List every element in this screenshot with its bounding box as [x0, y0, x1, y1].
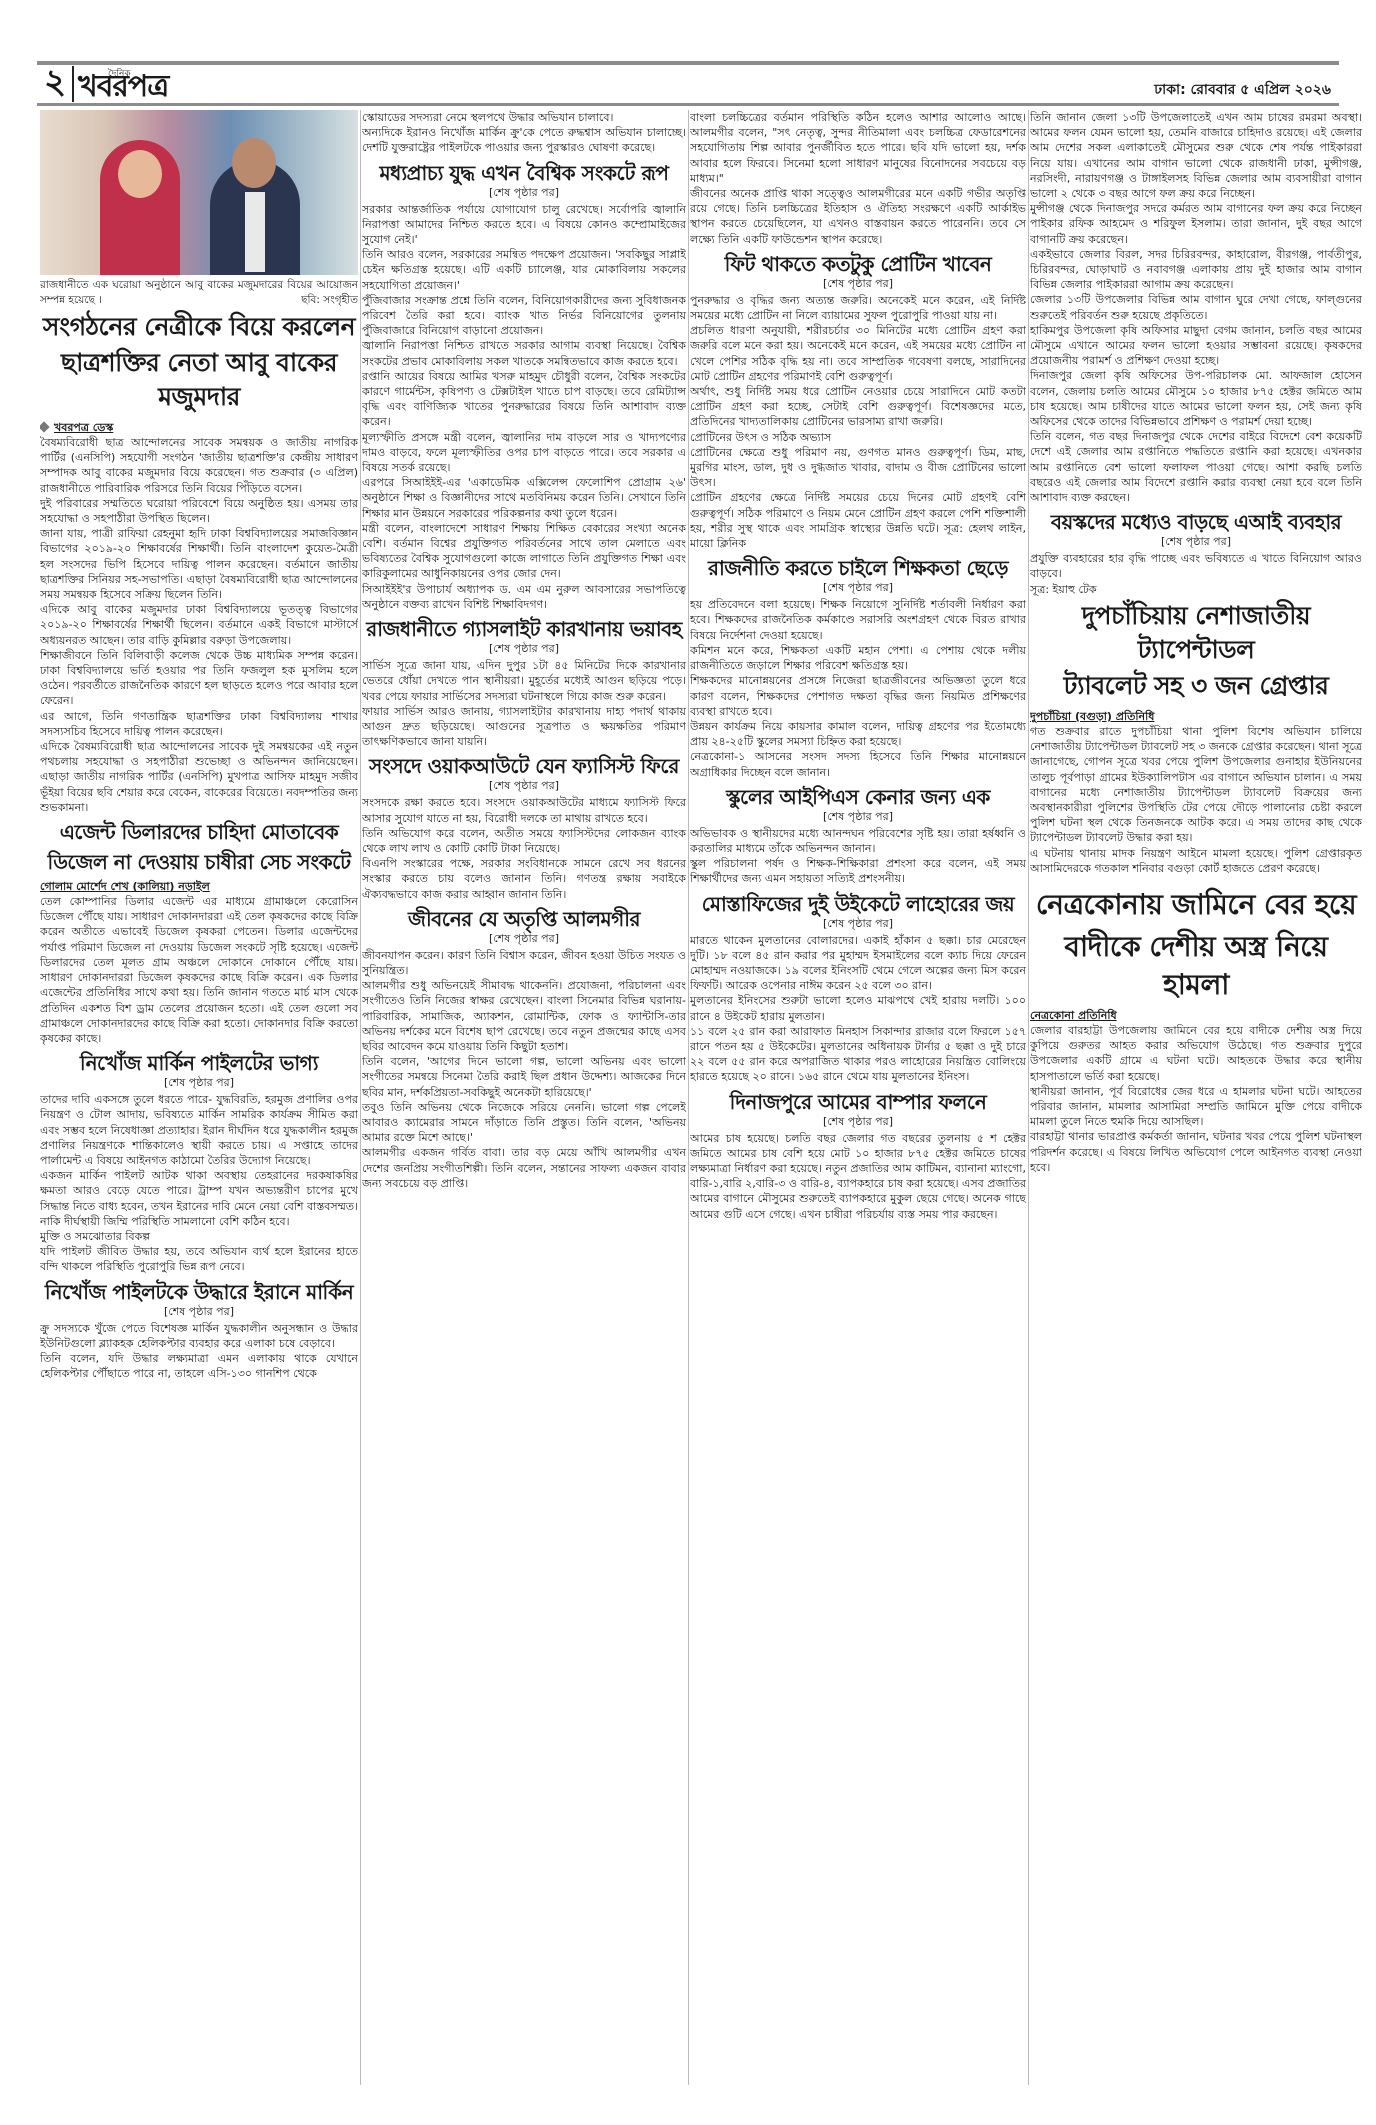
column-2: স্কোয়াডের সদস্যরা নেমে স্থলপথে উদ্ধার অ… [362, 110, 686, 2085]
article-body: তেল কোম্পানির ডিলার এজেন্ট এর মাধ্যমে গ্… [40, 894, 358, 1046]
jump-line: [শেষ পৃষ্ঠার পর] [1030, 535, 1362, 549]
jump-line: [শেষ পৃষ্ঠার পর] [40, 1305, 358, 1319]
article-body: তাদের দাবি একসঙ্গে তুলে ধরতে পারে- যুদ্ধ… [40, 1092, 358, 1274]
article-body: সংসদকে রক্ষা করতে হবে। সংসদে ওয়াকআউটের … [362, 795, 686, 901]
jump-line: [শেষ পৃষ্ঠার পর] [40, 1076, 358, 1090]
headline: সংসদে ওয়াকআউটে যেন ফ্যাসিস্ট ফিরে [362, 753, 686, 779]
column-divider [360, 110, 361, 2085]
article-body: ক্রু সদস্যকে খুঁজে পেতে বিশেষজ্ঞ মার্কিন… [40, 1321, 358, 1382]
jump-line: [শেষ পৃষ্ঠার পর] [690, 581, 1026, 595]
jump-line: [শেষ পৃষ্ঠার পর] [690, 1115, 1026, 1129]
wedding-photo [40, 110, 358, 275]
headline: এজেন্ট ডিলারদের চাহিদা মোতাবেক [40, 819, 358, 845]
photo-credit: ছবি: সংগৃহীত [301, 293, 358, 308]
article-body: মারতে থাকেন মুলতানের বোলারদের। একাই হাঁক… [690, 933, 1026, 1085]
headline: বয়স্কদের মধ্যেও বাড়ছে এআই ব্যবহার [1030, 509, 1362, 535]
article-body: বাংলা চলচ্চিত্রের বর্তমান পরিস্থিতি কঠিন… [690, 110, 1026, 247]
article-body: বৈষম্যবিরোধী ছাত্র আন্দোলনের সাবেক সমন্ব… [40, 435, 358, 815]
article-body: প্রযুক্তি ব্যবহারের হার বৃদ্ধি পাচ্ছে এব… [1030, 551, 1362, 597]
article-body: হয় প্রতিবেদনে বলা হয়েছে। শিক্ষক নিয়োগ… [690, 597, 1026, 779]
jump-line: [শেষ পৃষ্ঠার পর] [690, 810, 1026, 824]
headline: ডিজেল না দেওয়ায় চাষীরা সেচ সংকটে [40, 849, 358, 875]
byline: গোলাম মোর্শেদ শেখ (কালিয়া) নড়াইল [40, 879, 210, 894]
headline: ট্যাবলেট সহ ৩ জন গ্রেপ্তার [1030, 669, 1362, 703]
headline: মধ্যপ্রাচ্য যুদ্ধ এখন বৈশ্বিক সংকটে রূপ [362, 160, 686, 186]
article-body: পুনরুদ্ধার ও বৃদ্ধির জন্য অত্যন্ত জরুরি।… [690, 293, 1026, 551]
diamond-icon [40, 421, 50, 432]
jump-line: [শেষ পৃষ্ঠার পর] [362, 779, 686, 793]
article-body: অভিভাবক ও স্থানীয়দের মধ্যে আনন্দঘন পরিব… [690, 826, 1026, 887]
headline: নিখোঁজ মার্কিন পাইলটের ভাগ্য [40, 1050, 358, 1076]
dateline: ঢাকা: রোববার ৫ এপ্রিল ২০২৬ [1154, 78, 1331, 102]
masthead-bottom-rule [37, 103, 1339, 106]
headline: ফিট থাকতে কতটুকু প্রোটিন খাবেন [690, 251, 1026, 277]
headline: রাজনীতি করতে চাইলে শিক্ষকতা ছেড়ে [690, 555, 1026, 581]
photo-caption: রাজধানীতে এক ঘরোয়া অনুষ্ঠানে আবু বাকের … [40, 278, 358, 308]
column-divider [1028, 110, 1029, 2085]
byline: দুপচাঁচিয়া (বগুড়া) প্রতিনিধি [1030, 709, 1154, 724]
column-1: রাজধানীতে এক ঘরোয়া অনুষ্ঠানে আবু বাকের … [40, 110, 358, 2085]
jump-line: [শেষ পৃষ্ঠার পর] [362, 932, 686, 946]
column-divider [688, 110, 689, 2085]
article-body: গত শুক্রবার রাতে দুপচাঁচিয়া থানা পুলিশ … [1030, 724, 1362, 876]
headline: জীবনের যে অতৃপ্তি আলমগীর [362, 906, 686, 932]
article-body: জীবনযাপন করেন। কারণ তিনি বিশ্বাস করেন, জ… [362, 948, 686, 1191]
jump-line: [শেষ পৃষ্ঠার পর] [690, 917, 1026, 931]
page-number: ২ [44, 62, 66, 102]
headline: দুপচাঁচিয়ায় নেশাজাতীয় ট্যাপেন্টাডল [1030, 599, 1362, 667]
headline: রাজধানীতে গ্যাসলাইট কারখানায় ভয়াবহ [362, 616, 686, 642]
article-body: জেলার বারহাট্টা উপজেলায় জামিনে বের হয়ে… [1030, 1023, 1362, 1175]
column-4: তিনি জানান জেলা ১৩টি উপজেলাতেই এখন আম চা… [1030, 110, 1362, 2085]
headline: বাদীকে দেশীয় অস্ত্র নিয়ে হামলা [1030, 928, 1362, 1004]
headline: নেত্রকোনায় জামিনে বের হয়ে [1030, 886, 1362, 924]
byline: নেত্রকোনা প্রতিনিধি [1030, 1008, 1117, 1023]
headline: দিনাজপুরে আমের বাম্পার ফলনে [690, 1089, 1026, 1115]
headline: স্কুলের আইপিএস কেনার জন্য এক [690, 784, 1026, 810]
jump-line: [শেষ পৃষ্ঠার পর] [362, 642, 686, 656]
headline: সংগঠনের নেত্রীকে বিয়ে করলেন [40, 310, 358, 344]
column-3: বাংলা চলচ্চিত্রের বর্তমান পরিস্থিতি কঠিন… [690, 110, 1026, 2085]
jump-line: [শেষ পৃষ্ঠার পর] [690, 277, 1026, 291]
masthead-separator [72, 66, 74, 102]
newspaper-logo: খবরপত্র [78, 70, 168, 104]
headline: ছাত্রশক্তির নেতা আবু বাকের মজুমদার [40, 346, 358, 414]
article-body: সরকার আন্তর্জাতিক পর্যায়ে যোগাযোগ চালু … [362, 202, 686, 612]
byline: খবরপত্র ডেস্ক [40, 420, 113, 435]
article-body: স্কোয়াডের সদস্যরা নেমে স্থলপথে উদ্ধার অ… [362, 110, 686, 156]
article-body: সার্ভিস সূত্রে জানা যায়, এদিন দুপুর ১টা… [362, 658, 686, 749]
article-body: তিনি জানান জেলা ১৩টি উপজেলাতেই এখন আম চা… [1030, 110, 1362, 505]
article-body: আমের চাষ হয়েছে। চলতি বছর জেলার গত বছরের… [690, 1131, 1026, 1222]
masthead-top-rule [37, 61, 1339, 65]
headline: মোস্তাফিজের দুই উইকেটে লাহোরের জয় [690, 891, 1026, 917]
jump-line: [শেষ পৃষ্ঠার পর] [362, 186, 686, 200]
headline: নিখোঁজ পাইলটকে উদ্ধারে ইরানে মার্কিন [40, 1279, 358, 1305]
